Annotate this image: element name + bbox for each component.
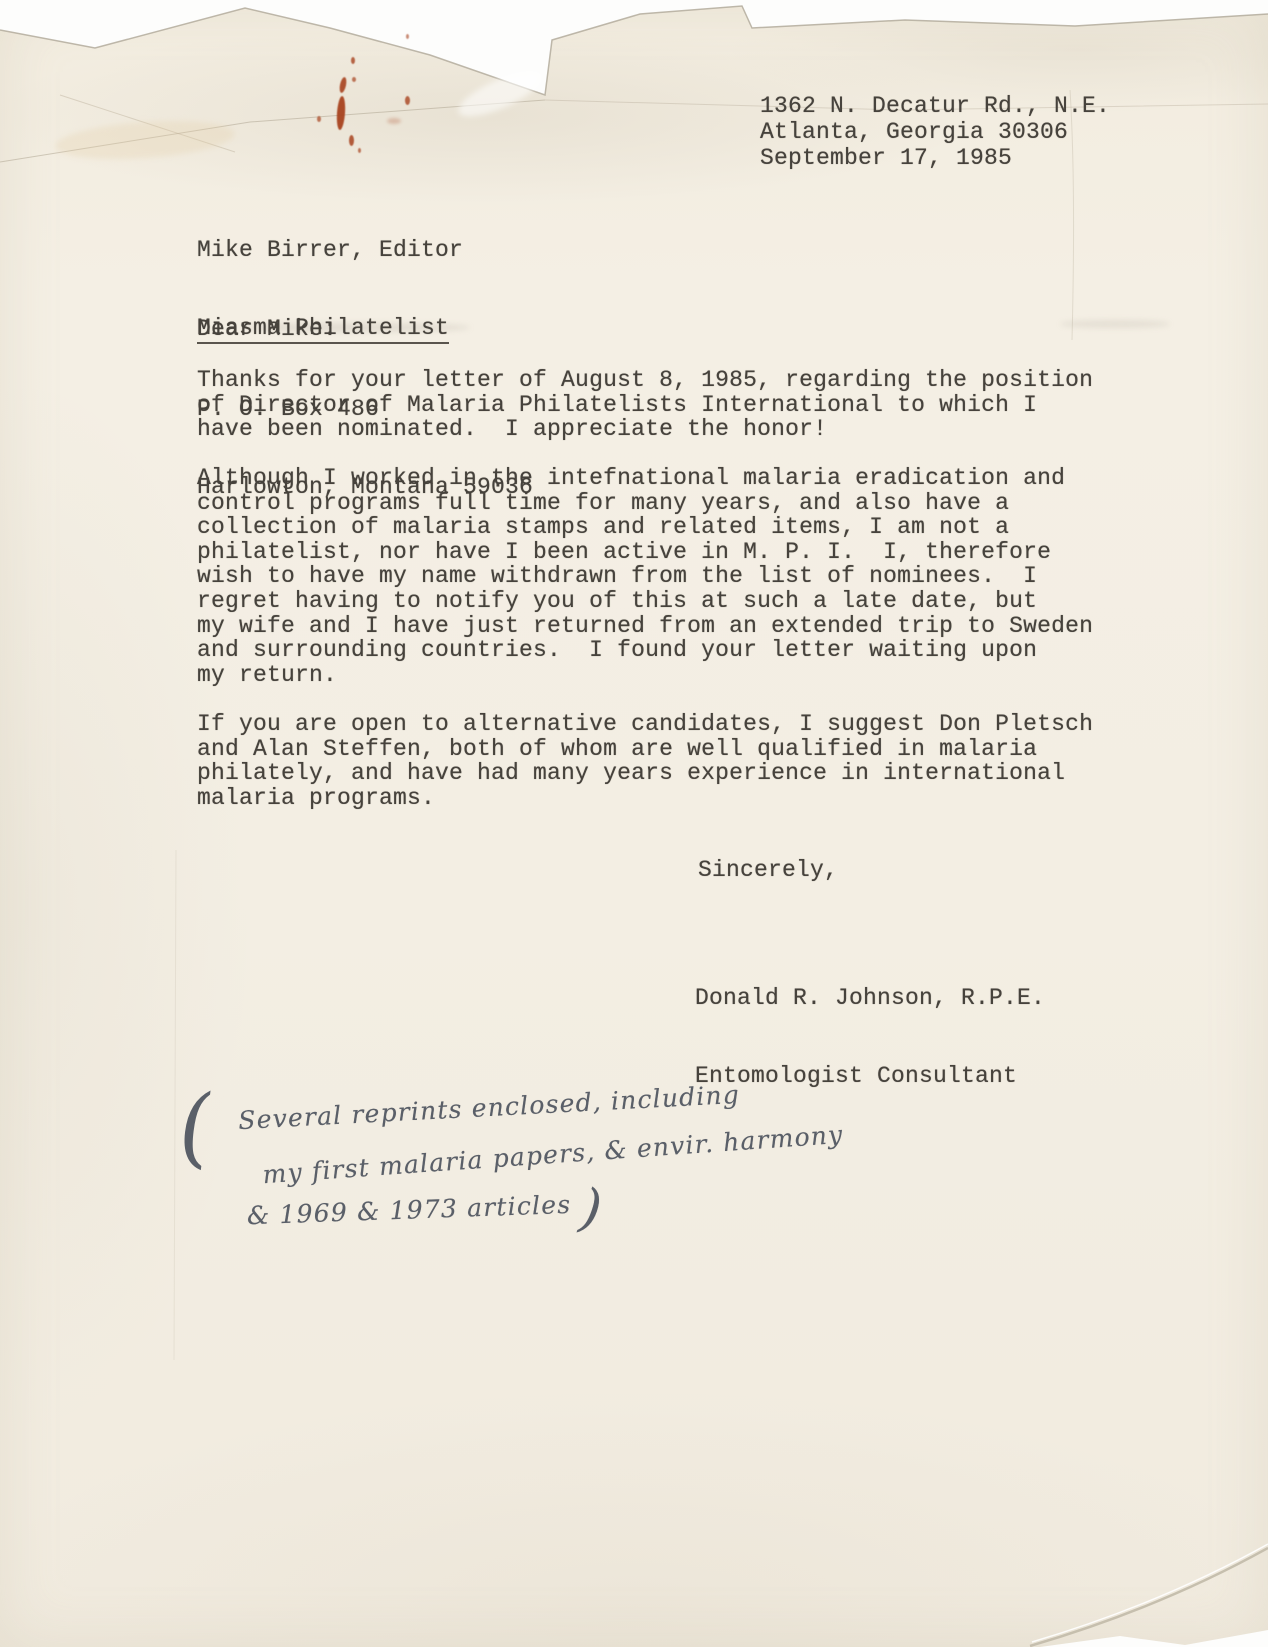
signature-name: Donald R. Johnson, R.P.E. xyxy=(695,985,1045,1011)
ink-stain xyxy=(317,116,321,122)
recipient-name: Mike Birrer, Editor xyxy=(197,237,533,263)
ink-stain xyxy=(405,96,410,105)
handwritten-line-3-text: & 1969 & 1973 articles xyxy=(246,1190,571,1230)
ink-ghosting-smudge-right xyxy=(1060,320,1170,328)
closing: Sincerely, xyxy=(698,858,838,883)
signature-title: Entomologist Consultant xyxy=(695,1063,1045,1089)
ink-stain xyxy=(352,77,356,82)
ink-stain xyxy=(349,135,354,146)
scanned-letter-page: { "letter": { "sender_block": "1362 N. D… xyxy=(0,0,1268,1647)
paper-sheet xyxy=(0,0,1268,1647)
handwritten-close-paren: ) xyxy=(577,1178,607,1240)
handwritten-open-paren: ( xyxy=(175,1077,215,1179)
ink-stain xyxy=(351,57,355,64)
salutation: Dear Mike: xyxy=(197,317,337,342)
ink-smear xyxy=(387,118,401,124)
body-paragraph-3: If you are open to alternative candidate… xyxy=(197,712,1127,810)
ink-stain xyxy=(358,148,361,153)
sender-address-block: 1362 N. Decatur Rd., N.E. Atlanta, Georg… xyxy=(760,93,1110,171)
handwritten-line-3: & 1969 & 1973 articles) xyxy=(246,1179,604,1251)
body-paragraph-1: Thanks for your letter of August 8, 1985… xyxy=(197,368,1127,442)
ink-stain xyxy=(406,34,409,39)
signature-block: Donald R. Johnson, R.P.E. Entomologist C… xyxy=(695,933,1045,1115)
body-paragraph-2: Although I worked in the intefnational m… xyxy=(197,466,1127,687)
